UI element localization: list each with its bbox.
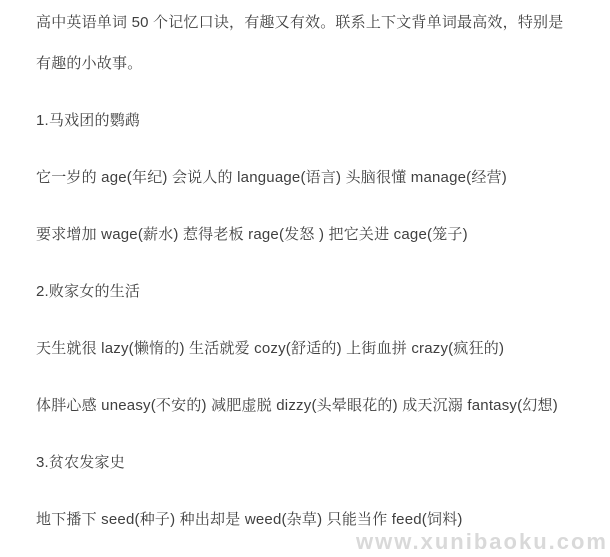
section-2-line-1: 天生就很 lazy(懒惰的) 生活就爱 cozy(舒适的) 上街血拼 crazy… — [36, 328, 578, 369]
document-page: 高中英语单词 50 个记忆口诀，有趣又有效。联系上下文背单词最高效，特别是有趣的… — [0, 0, 610, 557]
section-1-heading: 1.马戏团的鹦鹉 — [36, 100, 578, 141]
intro-paragraph: 高中英语单词 50 个记忆口诀，有趣又有效。联系上下文背单词最高效，特别是有趣的… — [36, 2, 578, 84]
section-1-line-1: 它一岁的 age(年纪) 会说人的 language(语言) 头脑很懂 mana… — [36, 157, 578, 198]
section-2-line-2: 体胖心感 uneasy(不安的) 减肥虚脱 dizzy(头晕眼花的) 成天沉溺 … — [36, 385, 578, 426]
section-2-heading: 2.败家女的生活 — [36, 271, 578, 312]
section-1-line-2: 要求增加 wage(薪水) 惹得老板 rage(发怒 ) 把它关进 cage(笼… — [36, 214, 578, 255]
site-watermark: www.xunibaoku.com — [356, 531, 608, 553]
section-3-heading: 3.贫农发家史 — [36, 442, 578, 483]
